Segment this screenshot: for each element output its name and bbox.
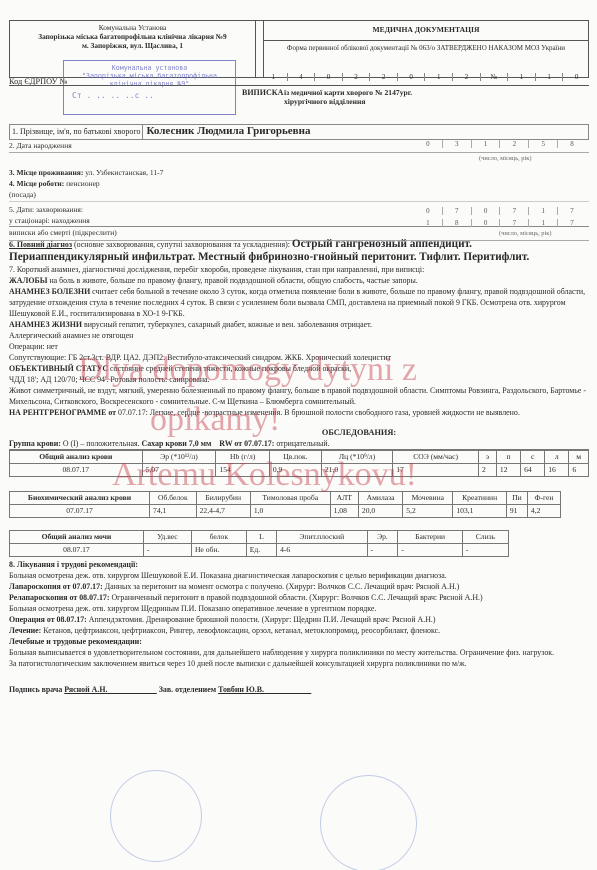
table-cell: 103,1: [453, 504, 506, 517]
objective-status: ОБЪЕКТИВНЫЙ СТАТУС состояние средней сте…: [9, 363, 589, 374]
digit-cell: 0: [471, 207, 500, 215]
digit-cell: 7: [499, 207, 528, 215]
digit-cell: 1: [528, 207, 557, 215]
exams-title: ОБСЛЕДОВАНИЯ:: [129, 428, 589, 438]
table-header-cell: Креатинин: [453, 491, 506, 504]
treatment-label: 8. Лікування і трудові рекомендації:: [9, 560, 138, 569]
digit-cell: 5: [528, 140, 557, 148]
table-header-cell: Пи: [506, 491, 527, 504]
table-header-cell: Эпит.плоский: [277, 530, 367, 543]
position-label: (посада): [9, 189, 589, 202]
table-cell: 4-6: [277, 543, 367, 556]
table-cell: 6: [569, 463, 589, 476]
digit-cell: 1: [528, 219, 557, 227]
table-header-cell: л: [545, 450, 569, 463]
signatures: Подпись врача Рясной А.Н. Зав. отделение…: [9, 685, 589, 694]
table-header-cell: Тимоловая проба: [250, 491, 330, 504]
form-codes: 14022012№110: [260, 73, 590, 81]
vypiska-source: із медичної карти хворого № 2147ург. хір…: [284, 88, 412, 106]
table-header-cell: м: [569, 450, 589, 463]
digit-cell: 0: [414, 140, 442, 148]
table-cell: 22,4-4,7: [196, 504, 250, 517]
biochem-table: Биохимический анализ кровиОб.белокБилиру…: [9, 491, 561, 518]
table-header-cell: Эр.: [367, 530, 398, 543]
digit-cell: 7: [557, 219, 586, 227]
digit-cell: 8: [557, 140, 586, 148]
digit-cell: 0: [397, 73, 425, 81]
xray-result: НА РЕНТГРЕНОГРАММЕ от 07.07.17: Легкие, …: [9, 407, 589, 418]
table-row: 08.07.17-Не обн.Ед.4-6---: [10, 543, 509, 556]
work-row: 4. Місце роботи: пенсионер: [9, 178, 589, 189]
table-header-cell: белок: [191, 530, 246, 543]
table-cell: Ед.: [246, 543, 276, 556]
table-header-cell: L: [246, 530, 276, 543]
discharge-digits: 180717: [414, 219, 586, 227]
residence-row: 3. Місце проживання: ул. Узбекистанская,…: [9, 167, 589, 178]
table-cell: Не обн.: [191, 543, 246, 556]
digit-cell: 2: [452, 73, 480, 81]
table-cell: 74,1: [150, 504, 197, 517]
digit-cell: 0: [562, 73, 590, 81]
table-cell: 16: [545, 463, 569, 476]
table-header-cell: Общий анализ мочи: [10, 530, 144, 543]
dob-digits: 031258: [414, 140, 586, 148]
table-cell: -: [398, 543, 462, 556]
table-header-cell: СОЭ (мм/час): [393, 450, 479, 463]
table-header-cell: Билирубин: [196, 491, 250, 504]
table-header-cell: э: [479, 450, 497, 463]
table-cell: 0,9: [269, 463, 321, 476]
round-stamp: [320, 775, 417, 870]
table-header-cell: Уд.вес: [143, 530, 191, 543]
patient-name-label: 1. Прізвище, ім'я, по батькові хворого: [10, 125, 143, 139]
digit-cell: 2: [342, 73, 370, 81]
table-header-cell: Эр (*10¹²/л): [142, 450, 216, 463]
allergy-history: Аллергический анамнез не отягощен: [9, 330, 589, 341]
relaparoscopy: Релапароскопия от 08.07.17: Ограниченный…: [9, 592, 589, 603]
table-header-cell: Бактерии: [398, 530, 462, 543]
table-cell: 1,0: [250, 504, 330, 517]
digit-cell: 1: [260, 73, 287, 81]
head-signature: Товбин Ю.В.: [218, 685, 264, 694]
digit-cell: 2: [369, 73, 397, 81]
treatment-p1: Больная осмотрена деж. отв. хирургом Шеш…: [9, 570, 589, 581]
digit-cell: 1: [424, 73, 452, 81]
diagnosis: 6. Повний діагноз (основне захворювання,…: [9, 238, 589, 264]
life-history: АНАМНЕЗ ЖИЗНИ вирусный гепатит, туберкул…: [9, 319, 589, 330]
vypiska-title: ВИПИСКА: [242, 88, 283, 98]
concomitant-diseases: Сопутствующие: ГБ 2ст.3ст. ВДР. ЦА2. ДЭП…: [9, 352, 589, 363]
table-header-cell: Об.белок: [150, 491, 197, 504]
recommendation-2: За патогистологическим заключением явить…: [9, 658, 589, 669]
table-cell: -: [367, 543, 398, 556]
admission-digits: 070717: [414, 207, 586, 215]
institution-address: м. Запоріжжя, вул. Щаслива, 1: [10, 42, 255, 51]
table-cell: 08.07.17: [10, 463, 143, 476]
dob-caption: (число, місяць, рік): [479, 155, 532, 163]
digit-cell: 7: [499, 219, 528, 227]
anamnesis-intro: 7. Короткий анамнез, діагностичні дослід…: [9, 264, 589, 275]
table-header-cell: Биохимический анализ крови: [10, 491, 150, 504]
form-approval-text: Форма первинної облікової документації №…: [264, 41, 588, 77]
operation: Операция от 08.07.17: Аппендэктомия. Дре…: [9, 614, 589, 625]
treatment-p2: Больная осмотрена деж. отв. хирургом Щед…: [9, 603, 589, 614]
recommendation-1: Больная выписывается в удовлетворительно…: [9, 647, 589, 658]
urine-table: Общий анализ мочиУд.весбелокLЭпит.плоски…: [9, 530, 509, 557]
digit-cell: 0: [471, 219, 500, 227]
digit-cell: 7: [442, 207, 471, 215]
patient-name: Колесник Людмила Григорьевна: [143, 125, 310, 138]
medications: Лечение: Кетанов, цефтриаксон, цефтриакс…: [9, 625, 589, 636]
digit-cell: 1: [507, 73, 535, 81]
table-cell: 17: [393, 463, 479, 476]
laparoscopy: Лапароскопия от 07.07.17: Данных за пери…: [9, 581, 589, 592]
table-cell: 12: [496, 463, 520, 476]
table-header-cell: Ф-ген: [527, 491, 560, 504]
table-cell: 64: [521, 463, 545, 476]
round-stamp: [110, 770, 202, 862]
digit-cell: 1: [471, 140, 500, 148]
table-header-cell: Hb (г/л): [216, 450, 269, 463]
table-cell: 1,08: [330, 504, 358, 517]
table-cell: 154: [216, 463, 269, 476]
table-cell: 20,0: [358, 504, 402, 517]
table-header-cell: Слизь: [462, 530, 508, 543]
doctor-signature: Рясной А.Н.: [64, 685, 107, 694]
recommendations-label: Лечебные и трудовые рекомендации:: [9, 637, 142, 646]
table-header-cell: с: [521, 450, 545, 463]
digit-cell: 1: [414, 219, 442, 227]
digit-cell: 2: [499, 140, 528, 148]
vitals: ЧДД 18'; АД 120/70; ЧСС 94'. Ротовая пол…: [9, 374, 589, 385]
digit-cell: 0: [414, 207, 442, 215]
table-cell: 08.07.17: [10, 543, 144, 556]
clinical-content: 6. Повний діагноз (основне захворювання,…: [9, 238, 589, 694]
table-cell: 5,2: [403, 504, 453, 517]
blood-group-line: Группа крови: O (I) – положительная. Сах…: [9, 438, 589, 450]
digit-cell: 0: [314, 73, 342, 81]
complaints: ЖАЛОБЫ на боль в животе, больше по право…: [9, 275, 589, 286]
digit-cell: 8: [442, 219, 471, 227]
patient-info: 1. Прізвище, ім'я, по батькові хворого К…: [9, 124, 589, 241]
digit-cell: 3: [442, 140, 471, 148]
table-row: 07.07.1774,122,4-4,71,01,0820,05,2103,19…: [10, 504, 561, 517]
table-header-cell: п: [496, 450, 520, 463]
table-header-cell: Мочевина: [403, 491, 453, 504]
table-cell: -: [462, 543, 508, 556]
vypiska-title-row: ВИПИСКА із медичної карти хворого № 2147…: [9, 85, 589, 126]
digit-cell: 1: [535, 73, 563, 81]
discharge-document: Комунальна Установа Запорізька міська ба…: [9, 20, 589, 78]
doc-title: МЕДИЧНА ДОКУМЕНТАЦІЯ: [264, 21, 588, 41]
table-header-cell: АЛТ: [330, 491, 358, 504]
table-cell: -: [143, 543, 191, 556]
table-header-cell: Амилаза: [358, 491, 402, 504]
table-cell: 07.07.17: [10, 504, 150, 517]
table-cell: 4,2: [527, 504, 560, 517]
patient-name-row: 1. Прізвище, ім'я, по батькові хворого К…: [9, 124, 589, 140]
table-row: 08.07.175,071540,921,01721264166: [10, 463, 589, 476]
digit-cell: 4: [287, 73, 315, 81]
operations-history: Операции: нет: [9, 341, 589, 352]
table-cell: 21,0: [321, 463, 392, 476]
table-cell: 91: [506, 504, 527, 517]
table-header-cell: Общий анализ крови: [10, 450, 143, 463]
cbc-table: Общий анализ кровиЭр (*10¹²/л)Hb (г/л)Цв…: [9, 450, 589, 477]
table-header-cell: Лц (*10⁹/л): [321, 450, 392, 463]
table-cell: 5,07: [142, 463, 216, 476]
abdomen-exam: Живот симметричный, не вздут, мягкий, ум…: [9, 385, 589, 407]
disease-history: АНАМНЕЗ БОЛЕЗНИ считает себя больной в т…: [9, 286, 589, 319]
table-cell: 2: [479, 463, 497, 476]
digit-cell: №: [480, 73, 508, 81]
digit-cell: 7: [557, 207, 586, 215]
table-header-cell: Цв.пок.: [269, 450, 321, 463]
